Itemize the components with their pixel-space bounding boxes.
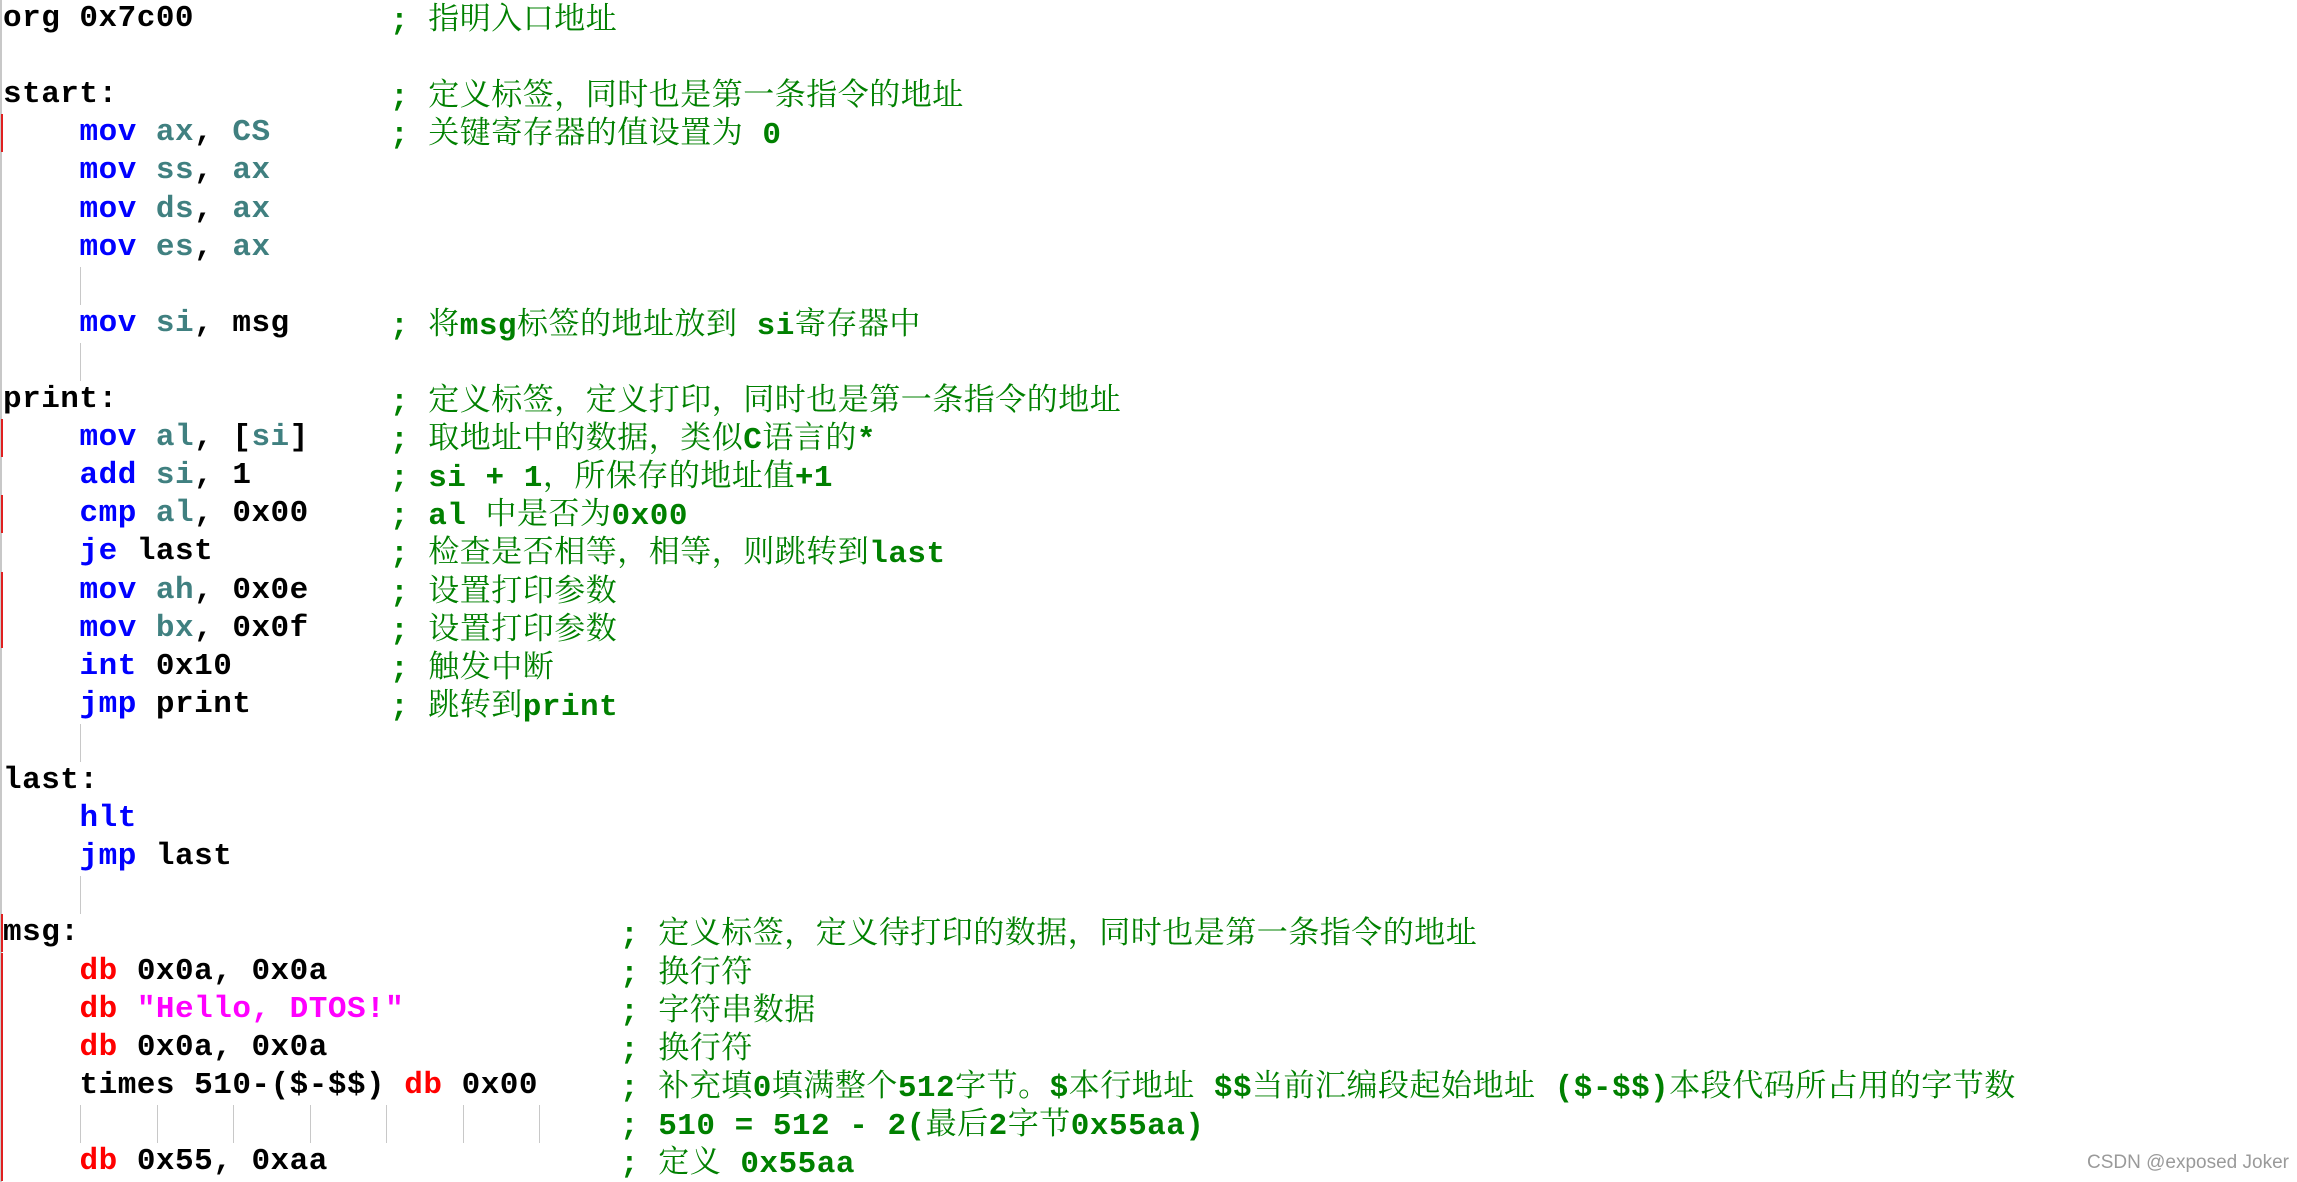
code-comment: ; 检查是否相等，相等，则跳转到last [390,533,946,571]
token-plain: , [194,153,232,188]
token-db: db [404,1068,442,1103]
token-plain: print [137,687,252,722]
code-line[interactable]: add si, 1; si + 1，所保存的地址值+1 [0,457,2297,495]
token-kw: je [80,534,118,569]
token-plain: , [194,230,232,265]
token-plain: , 0x00 [194,496,309,531]
code-text: db "Hello, DTOS!" [80,991,405,1029]
code-text: hlt [80,800,137,838]
code-text: jmp last [80,838,233,876]
code-line[interactable] [0,724,2297,762]
code-text: add si, 1 [80,457,252,495]
change-marker [1,953,3,991]
code-text: last: [3,762,99,800]
change-marker [1,114,3,152]
indent-guide [80,1105,81,1143]
code-line[interactable]: mov si, msg; 将msg标签的地址放到 si寄存器中 [0,305,2297,343]
token-kw: mov [80,611,137,646]
code-text: cmp al, 0x00 [80,495,309,533]
token-plain: , 0x0f [194,611,309,646]
code-line[interactable]: db "Hello, DTOS!"; 字符串数据 [0,991,2297,1029]
token-reg: ah [156,573,194,608]
code-comment: ; 关键寄存器的值设置为 0 [390,114,781,152]
code-text: mov al, [si] [80,419,309,457]
token-kw: mov [80,192,137,227]
token-reg: ax [232,230,270,265]
token-reg: al [156,496,194,531]
code-line[interactable]: db 0x0a, 0x0a; 换行符 [0,1029,2297,1067]
token-plain: print: [3,382,118,417]
token-plain: , [ [194,420,251,455]
change-marker [1,1143,3,1181]
token-kw: jmp [80,839,137,874]
code-line[interactable]: ; 510 = 512 - 2(最后2字节0x55aa) [0,1105,2297,1143]
token-plain [137,153,156,188]
code-comment: ; 补充填0填满整个512字节。$本行地址 $$当前汇编段起始地址 ($-$$)… [620,1067,2016,1105]
code-comment: ; 将msg标签的地址放到 si寄存器中 [390,305,921,343]
token-plain: 0x0a, 0x0a [118,1030,328,1065]
token-db: db [80,1030,118,1065]
change-marker [1,495,3,533]
token-plain: , msg [194,306,290,341]
code-editor[interactable]: org 0x7c00; 指明入口地址start:; 定义标签，同时也是第一条指令… [0,0,2297,1182]
token-plain: 0x00 [442,1068,538,1103]
token-reg: si [156,458,194,493]
token-plain: , 1 [194,458,251,493]
code-comment: ; al 中是否为0x00 [390,495,688,533]
token-reg: ss [156,153,194,188]
token-reg: al [156,420,194,455]
code-comment: ; 跳转到print [390,686,618,724]
token-reg: si [251,420,289,455]
token-plain [137,115,156,150]
token-plain: msg: [3,915,79,950]
code-line[interactable]: jmp last [0,838,2297,876]
code-line[interactable]: last: [0,762,2297,800]
code-line[interactable]: mov al, [si]; 取地址中的数据，类似C语言的* [0,419,2297,457]
code-comment: ; si + 1，所保存的地址值+1 [390,457,833,495]
code-line[interactable]: db 0x55, 0xaa; 定义 0x55aa [0,1143,2297,1181]
token-str: "Hello, DTOS!" [137,992,404,1027]
token-plain: last: [3,763,99,798]
token-kw: jmp [80,687,137,722]
code-line[interactable]: mov ss, ax [0,152,2297,190]
change-marker [1,1105,3,1143]
token-plain: last [118,534,214,569]
code-line[interactable]: start:; 定义标签，同时也是第一条指令的地址 [0,76,2297,114]
change-marker [1,419,3,457]
token-reg: ds [156,192,194,227]
code-line[interactable] [0,38,2297,76]
code-line[interactable] [0,876,2297,914]
token-reg: ax [232,153,270,188]
code-text: mov si, msg [80,305,290,343]
code-line[interactable]: mov ax, CS; 关键寄存器的值设置为 0 [0,114,2297,152]
token-kw: mov [80,306,137,341]
code-line[interactable]: mov ds, ax [0,191,2297,229]
indent-guide [539,1105,540,1143]
change-marker [1,991,3,1029]
code-line[interactable]: int 0x10; 触发中断 [0,648,2297,686]
code-line[interactable]: db 0x0a, 0x0a; 换行符 [0,953,2297,991]
code-line[interactable]: je last; 检查是否相等，相等，则跳转到last [0,533,2297,571]
code-line[interactable]: print:; 定义标签，定义打印，同时也是第一条指令的地址 [0,381,2297,419]
token-kw: mov [80,573,137,608]
change-marker [1,1067,3,1105]
indent-guide [80,876,81,914]
code-text: start: [3,76,118,114]
indent-guide [310,1105,311,1143]
token-plain [137,420,156,455]
code-comment: ; 定义标签，定义打印，同时也是第一条指令的地址 [390,381,1121,419]
code-text: mov ss, ax [80,152,271,190]
token-kw: int [80,649,137,684]
code-comment: ; 设置打印参数 [390,610,617,648]
token-db: db [80,1144,118,1179]
token-plain: 0x10 [137,649,233,684]
indent-guide [80,343,81,381]
code-line[interactable]: hlt [0,800,2297,838]
code-text: db 0x55, 0xaa [80,1143,328,1181]
code-text: mov es, ax [80,229,271,267]
token-kw: mov [80,230,137,265]
token-plain [137,573,156,608]
indent-guide [463,1105,464,1143]
code-text: mov ds, ax [80,191,271,229]
token-plain: 0x55, 0xaa [118,1144,328,1179]
code-comment: ; 换行符 [620,953,753,991]
code-line[interactable]: mov ah, 0x0e; 设置打印参数 [0,572,2297,610]
token-plain [137,192,156,227]
change-marker [1,572,3,610]
token-plain [137,306,156,341]
code-line[interactable]: mov bx, 0x0f; 设置打印参数 [0,610,2297,648]
token-plain: 0x0a, 0x0a [118,954,328,989]
change-marker [1,1029,3,1067]
code-comment: ; 定义 0x55aa [620,1143,855,1181]
indent-guide [80,267,81,305]
code-line[interactable] [0,267,2297,305]
token-kw: hlt [80,801,137,836]
code-text: db 0x0a, 0x0a [80,1029,328,1067]
code-text: times 510-($-$$) db 0x00 [80,1067,539,1105]
code-line[interactable]: jmp print; 跳转到print [0,686,2297,724]
token-plain: ] [290,420,309,455]
code-text: int 0x10 [80,648,233,686]
code-text: jmp print [80,686,252,724]
code-text: mov bx, 0x0f [80,610,309,648]
token-plain [137,458,156,493]
token-reg: bx [156,611,194,646]
token-plain [118,992,137,1027]
token-plain: start: [3,77,118,112]
token-plain: last [137,839,233,874]
token-kw: mov [80,115,137,150]
token-plain [137,230,156,265]
code-text: msg: [3,914,79,952]
code-text: org 0x7c00 [3,0,194,38]
change-marker [1,610,3,648]
token-reg: es [156,230,194,265]
token-plain: , [194,115,232,150]
token-plain [137,611,156,646]
code-comment: ; 设置打印参数 [390,572,617,610]
token-kw: mov [80,420,137,455]
indent-guide [80,724,81,762]
token-reg: ax [232,192,270,227]
code-comment: ; 定义标签，定义待打印的数据，同时也是第一条指令的地址 [620,914,1477,952]
code-line[interactable]: msg:; 定义标签，定义待打印的数据，同时也是第一条指令的地址 [0,914,2297,952]
token-plain: org 0x7c00 [3,1,194,36]
token-kw: add [80,458,137,493]
token-reg: CS [232,115,270,150]
code-line[interactable]: mov es, ax [0,229,2297,267]
code-line[interactable]: org 0x7c00; 指明入口地址 [0,0,2297,38]
code-line[interactable]: times 510-($-$$) db 0x00; 补充填0填满整个512字节。… [0,1067,2297,1105]
indent-guide [157,1105,158,1143]
token-plain: , 0x0e [194,573,309,608]
code-text: mov ah, 0x0e [80,572,309,610]
indent-guide [233,1105,234,1143]
code-comment: ; 字符串数据 [620,991,816,1029]
watermark: CSDN @exposed Joker [2087,1152,2289,1174]
code-comment: ; 换行符 [620,1029,753,1067]
code-comment: ; 510 = 512 - 2(最后2字节0x55aa) [620,1105,1205,1143]
token-kw: mov [80,153,137,188]
code-line[interactable]: cmp al, 0x00; al 中是否为0x00 [0,495,2297,533]
token-plain: , [194,192,232,227]
code-comment: ; 定义标签，同时也是第一条指令的地址 [390,76,964,114]
code-text: db 0x0a, 0x0a [80,953,328,991]
token-reg: si [156,306,194,341]
code-text: mov ax, CS [80,114,271,152]
code-comment: ; 指明入口地址 [390,0,617,38]
indent-guide [386,1105,387,1143]
token-db: db [80,954,118,989]
code-text: print: [3,381,118,419]
token-kw: cmp [80,496,137,531]
token-plain: times 510-($-$$) [80,1068,405,1103]
code-text: je last [80,533,214,571]
code-comment: ; 触发中断 [390,648,554,686]
code-line[interactable] [0,343,2297,381]
token-reg: ax [156,115,194,150]
code-comment: ; 取地址中的数据，类似C语言的* [390,419,876,457]
token-db: db [80,992,118,1027]
token-plain [137,496,156,531]
